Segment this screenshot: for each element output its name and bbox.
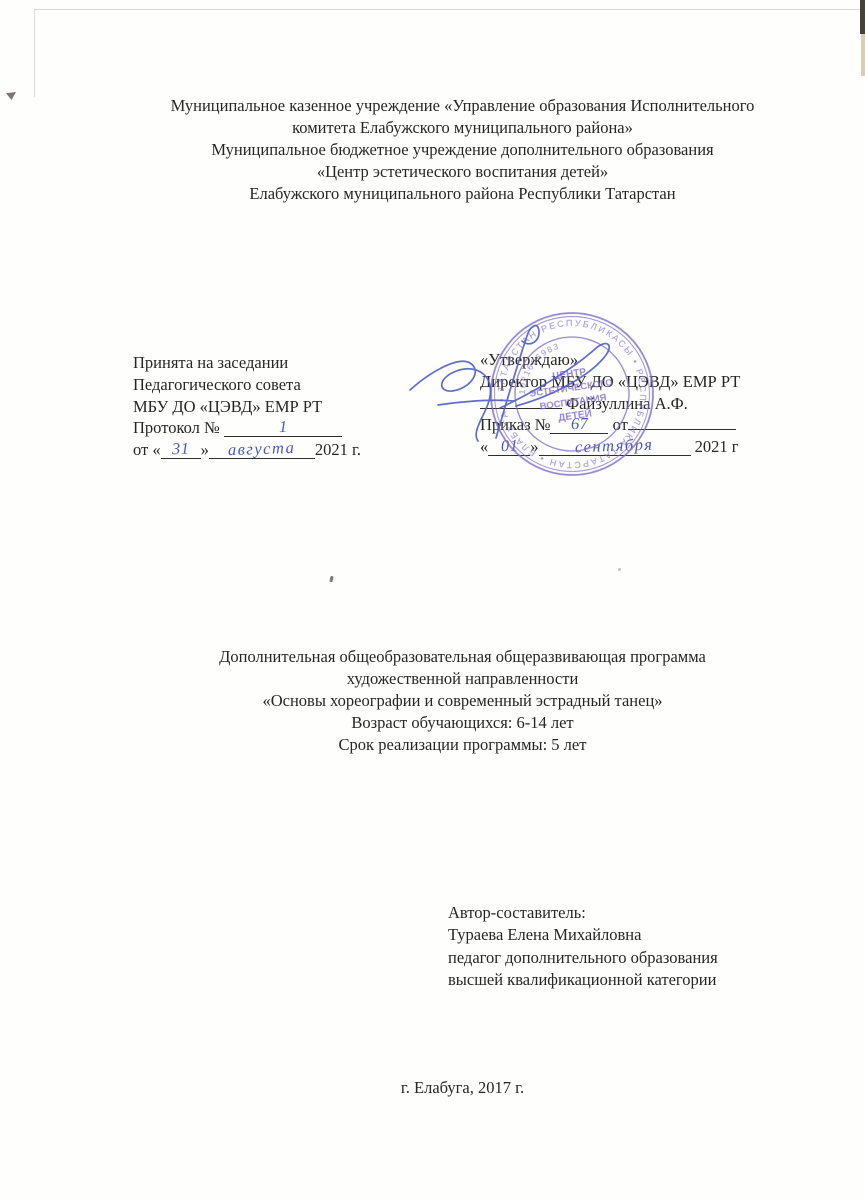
order-number-blank: 67: [550, 417, 608, 434]
order-label: Приказ №: [480, 415, 550, 434]
handwritten-month: августа: [228, 440, 296, 458]
scan-edge-artifact: [860, 0, 865, 34]
order-date-line: «01»сентября 2021 г: [480, 436, 740, 458]
header-line: комитета Елабужского муниципального райо…: [60, 117, 865, 139]
handwritten-day: 31: [172, 441, 190, 458]
institution-header: Муниципальное казенное учреждение «Управ…: [60, 95, 865, 205]
author-line: педагог дополнительного образования: [448, 947, 718, 969]
day-blank: 01: [488, 439, 530, 456]
scan-edge-artifact: [34, 9, 863, 10]
month-blank: августа: [209, 442, 315, 459]
header-line: Муниципальное бюджетное учреждение допол…: [60, 139, 865, 161]
scanned-title-page: Муниципальное казенное учреждение «Управ…: [0, 0, 865, 1200]
signature-blank: [480, 408, 562, 409]
protocol-label: Протокол №: [133, 418, 220, 437]
title-line: «Основы хореографии и современный эстрад…: [60, 690, 865, 712]
program-title: Дополнительная общеобразовательная общер…: [60, 646, 865, 756]
handwritten-month: сентября: [575, 437, 654, 456]
accepted-line: Принята на заседании: [133, 352, 361, 374]
quote-open: «: [480, 437, 488, 456]
handwritten-order-number: 67: [570, 416, 588, 433]
scan-smudge: [618, 568, 621, 571]
protocol-date-line: от «31»августа2021 г.: [133, 439, 361, 461]
author-line: Автор-составитель:: [448, 902, 718, 924]
protocol-line: Протокол № 1: [133, 417, 361, 439]
author-line: Тураева Елена Михайловна: [448, 924, 718, 946]
quote-close: »: [201, 440, 209, 459]
day-blank: 31: [161, 442, 201, 459]
accepted-line: МБУ ДО «ЦЭВД» ЕМР РТ: [133, 396, 361, 418]
title-line: художественной направленности: [60, 668, 865, 690]
title-line: Срок реализации программы: 5 лет: [60, 734, 865, 756]
title-line: Возраст обучающихся: 6-14 лет: [60, 712, 865, 734]
header-line: Муниципальное казенное учреждение «Управ…: [60, 95, 865, 117]
quote-close: »: [530, 437, 538, 456]
scan-smudge: [329, 576, 333, 583]
approve-line: «Утверждаю»: [480, 349, 740, 371]
handwritten-protocol-number: 1: [278, 419, 287, 435]
order-ot: от: [613, 415, 628, 434]
handwritten-day: 01: [500, 438, 518, 455]
month-blank: сентября: [539, 439, 691, 456]
protocol-number-blank: 1: [224, 420, 342, 437]
order-line: Приказ №67 от: [480, 414, 740, 436]
approve-line: Директор МБУ ДО «ЦЭВД» ЕМР РТ: [480, 371, 740, 393]
city-year-footer: г. Елабуга, 2017 г.: [60, 1077, 865, 1099]
scan-edge-artifact: [34, 9, 35, 97]
header-line: Елабужского муниципального района Респуб…: [60, 183, 865, 205]
year-text: 2021 г: [695, 437, 739, 456]
title-line: Дополнительная общеобразовательная общер…: [60, 646, 865, 668]
signature-line: Файзуллина А.Ф.: [480, 393, 740, 415]
order-date-blank: [628, 429, 736, 430]
header-line: «Центр эстетического воспитания детей»: [60, 161, 865, 183]
year-text: 2021 г.: [315, 440, 361, 459]
author-block: Автор-составитель: Тураева Елена Михайло…: [448, 902, 718, 991]
scan-smudge: [6, 92, 16, 100]
scan-edge-artifact: [861, 34, 865, 76]
accepted-block: Принята на заседании Педагогического сов…: [133, 352, 361, 461]
date-prefix: от «: [133, 440, 161, 459]
director-name: Файзуллина А.Ф.: [566, 394, 688, 413]
footer-line: г. Елабуга, 2017 г.: [60, 1077, 865, 1099]
approved-block: «Утверждаю» Директор МБУ ДО «ЦЭВД» ЕМР Р…: [480, 349, 740, 458]
accepted-line: Педагогического совета: [133, 374, 361, 396]
author-line: высшей квалификационной категории: [448, 969, 718, 991]
